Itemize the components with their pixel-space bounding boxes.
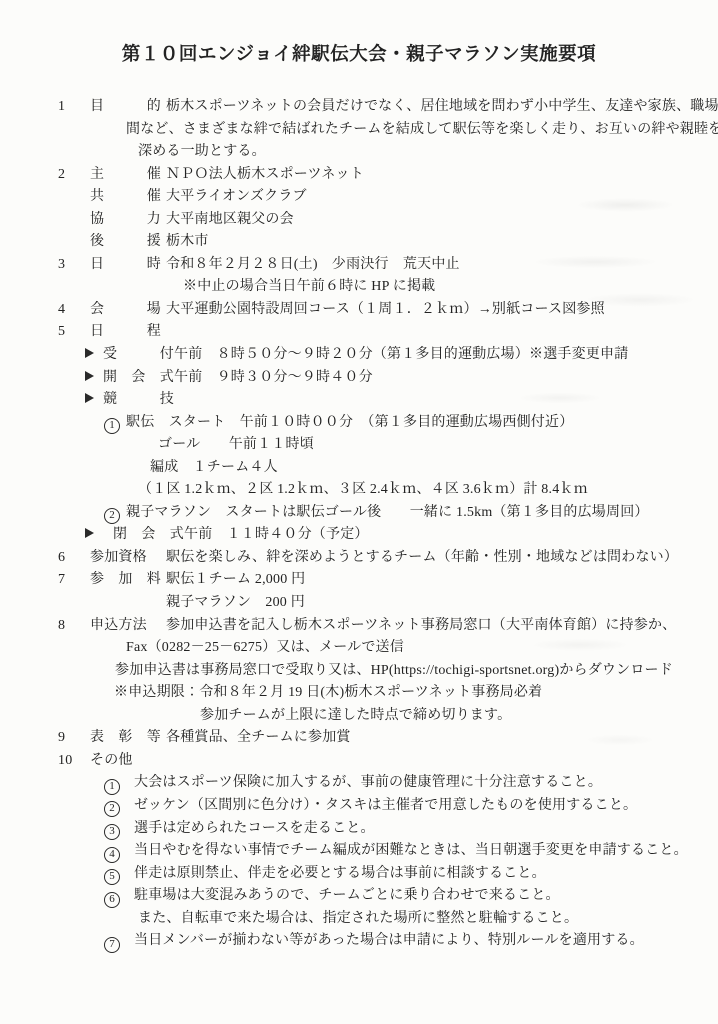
line-text: ※中止の場合当日午前６時に HP に掲載 (183, 279, 435, 294)
item-label: 日 程 (90, 321, 166, 344)
item-number: 1 (58, 96, 90, 119)
other-item-line: 1大会はスポーツ保険に加入するが、事前の健康管理に十分注意すること。 (0, 772, 718, 795)
item-number: 6 (58, 547, 90, 570)
circled-number-icon: 2 (104, 508, 120, 524)
line-text: 栃木スポーツネットの会員だけでなく、居住地域を問わず小中学生、友達や家族、職場の… (166, 99, 718, 114)
circled-number-icon: 7 (104, 937, 120, 953)
line-text: 午前 ９時３０分～９時４０分 (174, 370, 373, 385)
line-text: 午前 １１時４０分（予定） (184, 527, 369, 542)
item-number: 4 (58, 299, 90, 322)
ekiden-goal-line: ゴール 午前１１時頃 (0, 434, 718, 457)
arrow-bullet-icon (85, 393, 94, 403)
line-text: 選手は定められたコースを走ること。 (134, 821, 375, 836)
line-text: 各種賞品、全チームに参加賞 (166, 730, 351, 745)
item-label: その他 (90, 750, 166, 773)
schedule-line: 5日 程 (0, 321, 718, 344)
line-text: 令和８年２月２８日(土) 少雨決行 荒天中止 (166, 257, 460, 272)
line-text: 駅伝 スタート 午前１０時００分 （第１多目的運動広場西側付近） (126, 415, 573, 430)
circled-number-icon: 6 (104, 892, 120, 908)
item-label: 表 彰 等 (90, 727, 166, 750)
line-text: 午前 ８時５０分～９時２０分（第１多目的運動広場）※選手変更申請 (174, 347, 628, 362)
circled-number-icon: 3 (104, 824, 120, 840)
co-organizer-line: 共 催大平ライオンズクラブ (0, 186, 718, 209)
line-text: ＮＰＯ法人栃木スポーツネット (166, 167, 364, 182)
other-item-line: 6駐車場は大変混みあうので、チームごとに乗り合わせで来ること。 (0, 885, 718, 908)
fee-line-cont: 親子マラソン 200 円 (0, 592, 718, 615)
organizer-line: 2主 催ＮＰＯ法人栃木スポーツネット (0, 164, 718, 187)
cooperation-line: 協 力大平南地区親父の会 (0, 209, 718, 232)
team-composition-line: 編成 １チーム４人 (0, 457, 718, 480)
reception-line: 受 付午前 ８時５０分～９時２０分（第１多目的運動広場）※選手変更申請 (0, 344, 718, 367)
item-label: 共 催 (90, 186, 166, 209)
circled-number-icon: 4 (104, 847, 120, 863)
circled-number-icon: 5 (104, 869, 120, 885)
item-label: 主 催 (90, 164, 166, 187)
item-number: 7 (58, 569, 90, 592)
parent-child-marathon-line: 2親子マラソン スタートは駅伝ゴール後 一緒に 1.5km（第１多目的広場周回） (0, 502, 718, 525)
item-label: 会 場 (90, 299, 166, 322)
item-number: 3 (58, 254, 90, 277)
line-text: 大平南地区親父の会 (166, 212, 294, 227)
other-line: 10その他 (0, 750, 718, 773)
closing-ceremony-line: 閉 会 式午前 １１時４０分（予定） (0, 524, 718, 547)
ekiden-start-line: 1駅伝 スタート 午前１０時００分 （第１多目的運動広場西側付近） (0, 412, 718, 435)
line-text: 大平運動公園特設周回コース（１周１．２ｋｍ）→別紙コース図参照 (166, 302, 605, 317)
line-text: 編成 １チーム４人 (150, 460, 278, 475)
item-label: 日 時 (90, 254, 166, 277)
other-item-line: 2ゼッケン（区間別に色分け）・タスキは主催者で用意したものを使用すること。 (0, 795, 718, 818)
line-text: （１区 1.2ｋｍ、２区 1.2ｋｍ、３区 2.4ｋｍ、４区 3.6ｋｍ）計 8… (138, 482, 588, 497)
other-item-line-cont: また、自転車で来た場合は、指定された場所に整然と駐輪すること。 (0, 908, 718, 931)
awards-line: 9表 彰 等各種賞品、全チームに参加賞 (0, 727, 718, 750)
item-label: 目 的 (90, 96, 166, 119)
scanned-notice-page: 第１０回エンジョイ絆駅伝大会・親子マラソン実施要項 1目 的栃木スポーツネットの… (0, 0, 718, 1024)
arrow-bullet-icon (85, 348, 94, 358)
item-label: 後 援 (90, 231, 166, 254)
line-text: ゼッケン（区間別に色分け）・タスキは主催者で用意したものを使用すること。 (134, 798, 637, 813)
fee-line: 7参 加 料駅伝１チーム 2,000 円 (0, 569, 718, 592)
cancellation-note: ※中止の場合当日午前６時に HP に掲載 (0, 276, 718, 299)
fax-line: Fax（0282－25－6275）又は、メールで送信 (0, 637, 718, 660)
circled-number-icon: 1 (104, 779, 120, 795)
line-text: 当日メンバーが揃わない等があった場合は申請により、特別ルールを適用する。 (134, 933, 644, 948)
other-item-line: 5伴走は原則禁止、伴走を必要とする場合は事前に相談すること。 (0, 863, 718, 886)
purpose-line: 1目 的栃木スポーツネットの会員だけでなく、居住地域を問わず小中学生、友達や家族… (0, 96, 718, 119)
page-title: 第１０回エンジョイ絆駅伝大会・親子マラソン実施要項 (0, 0, 718, 66)
item-number: 2 (58, 164, 90, 187)
item-label: 申込方法 (90, 615, 166, 638)
line-text: Fax（0282－25－6275）又は、メールで送信 (126, 640, 404, 655)
item-number: 10 (58, 750, 90, 773)
line-text: ※申込期限：令和８年２月 19 日(木)栃木スポーツネット事務局必着 (114, 685, 542, 700)
line-text: 参加チームが上限に達した時点で締め切ります。 (200, 708, 511, 723)
purpose-line-cont: 深める一助とする。 (0, 141, 718, 164)
line-text: 当日やむを得ない事情でチーム編成が困難なときは、当日朝選手変更を申請すること。 (134, 843, 688, 858)
item-label: 協 力 (90, 209, 166, 232)
venue-line: 4会 場大平運動公園特設周回コース（１周１．２ｋｍ）→別紙コース図参照 (0, 299, 718, 322)
line-text: 駅伝を楽しみ、絆を深めようとするチーム（年齢・性別・地域などは問わない） (166, 550, 678, 565)
item-number: 8 (58, 615, 90, 638)
line-text: 駐車場は大変混みあうので、チームごとに乗り合わせで来ること。 (134, 888, 560, 903)
line-text: 大会はスポーツ保険に加入するが、事前の健康管理に十分注意すること。 (134, 775, 602, 790)
arrow-bullet-icon (85, 528, 94, 538)
line-text: 親子マラソン スタートは駅伝ゴール後 一緒に 1.5km（第１多目的広場周回） (126, 505, 649, 520)
other-item-line: 7当日メンバーが揃わない等があった場合は申請により、特別ルールを適用する。 (0, 930, 718, 953)
form-download-line: 参加申込書は事務局窓口で受取り又は、HP(https://tochigi-spo… (0, 660, 718, 683)
item-label: 参 加 料 (90, 569, 166, 592)
line-text: 親子マラソン 200 円 (166, 595, 305, 610)
support-line: 後 援栃木市 (0, 231, 718, 254)
line-text: 大平ライオンズクラブ (166, 189, 307, 204)
sub-item-label: 競 技 (103, 389, 174, 412)
eligibility-line: 6参加資格駅伝を楽しみ、絆を深めようとするチーム（年齢・性別・地域などは問わない… (0, 547, 718, 570)
line-text: ゴール 午前１１時頃 (158, 437, 314, 452)
sub-item-label: 受 付 (103, 344, 174, 367)
sub-item-label: 開 会 式 (103, 367, 174, 390)
other-item-line: 4当日やむを得ない事情でチーム編成が困難なときは、当日朝選手変更を申請すること。 (0, 840, 718, 863)
line-text: 参加申込書を記入し栃木スポーツネット事務局窓口（大平南体育館）に持参か、 (166, 618, 676, 633)
deadline-line: ※申込期限：令和８年２月 19 日(木)栃木スポーツネット事務局必着 (0, 682, 718, 705)
circled-number-icon: 1 (104, 418, 120, 434)
arrow-bullet-icon (85, 371, 94, 381)
line-text: 栃木市 (166, 234, 209, 249)
line-text: 参加申込書は事務局窓口で受取り又は、HP(https://tochigi-spo… (115, 663, 673, 678)
circled-number-icon: 2 (104, 801, 120, 817)
sub-item-label: 閉 会 式 (113, 524, 184, 547)
line-text: また、自転車で来た場合は、指定された場所に整然と駐輪すること。 (138, 911, 578, 926)
competition-line: 競 技 (0, 389, 718, 412)
cutoff-line: 参加チームが上限に達した時点で締め切ります。 (0, 705, 718, 728)
item-number: 5 (58, 321, 90, 344)
other-item-line: 3選手は定められたコースを走ること。 (0, 818, 718, 841)
opening-ceremony-line: 開 会 式午前 ９時３０分～９時４０分 (0, 367, 718, 390)
line-text: 間など、さまざまな絆で結ばれたチームを結成して駅伝等を楽しく走り、お互いの絆や親… (126, 122, 718, 137)
document-body: 1目 的栃木スポーツネットの会員だけでなく、居住地域を問わず小中学生、友達や家族… (0, 96, 718, 953)
date-line: 3日 時令和８年２月２８日(土) 少雨決行 荒天中止 (0, 254, 718, 277)
line-text: 伴走は原則禁止、伴走を必要とする場合は事前に相談すること。 (134, 866, 546, 881)
leg-distances-line: （１区 1.2ｋｍ、２区 1.2ｋｍ、３区 2.4ｋｍ、４区 3.6ｋｍ）計 8… (0, 479, 718, 502)
item-number: 9 (58, 727, 90, 750)
line-text: 駅伝１チーム 2,000 円 (166, 572, 305, 587)
application-line: 8申込方法参加申込書を記入し栃木スポーツネット事務局窓口（大平南体育館）に持参か… (0, 615, 718, 638)
line-text: 深める一助とする。 (138, 144, 266, 159)
item-label: 参加資格 (90, 547, 166, 570)
purpose-line-cont: 間など、さまざまな絆で結ばれたチームを結成して駅伝等を楽しく走り、お互いの絆や親… (0, 119, 718, 142)
